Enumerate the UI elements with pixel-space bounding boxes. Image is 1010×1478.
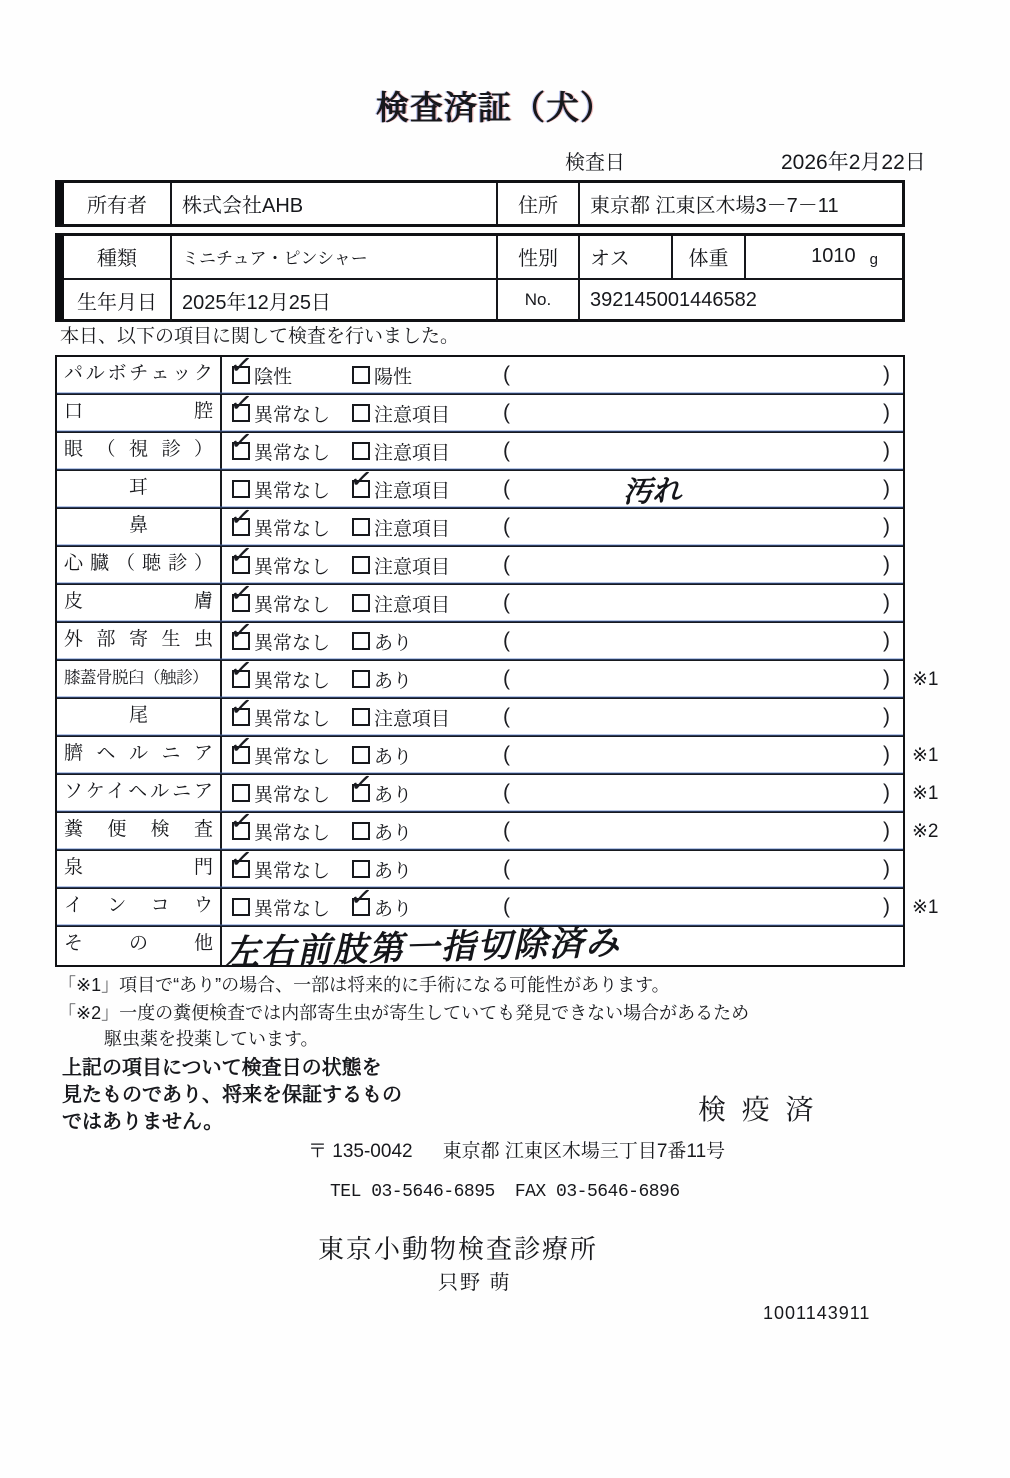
handwritten-value: 汚れ	[501, 464, 802, 515]
paren-open: (	[503, 401, 510, 425]
sex-value: オス	[578, 236, 671, 278]
inspection-row: 膝蓋骨脱臼（触診） ✓ 異常なし ✓ あり ( ) ※1	[57, 661, 903, 699]
birthdate-label: 生年月日	[64, 280, 170, 322]
item-result-cell: ✓ 異常なし ✓ あり ( )	[222, 623, 903, 659]
item-result-cell: ✓ 異常なし ✓ 注意項目 ( )	[222, 395, 903, 431]
footnote-ref: ※1	[912, 744, 939, 767]
option-1-label: 異常なし	[254, 590, 330, 617]
checkbox[interactable]: ✓	[352, 898, 370, 916]
inspection-row: 泉門 ✓ 異常なし ✓ あり ( )	[57, 851, 903, 889]
paren-open: (	[503, 515, 510, 539]
checkbox[interactable]: ✓	[232, 556, 250, 574]
paren-open: (	[503, 819, 510, 843]
option-2: ✓ 陽性	[352, 357, 412, 393]
paren-open: (	[503, 667, 510, 691]
paren-open: (	[503, 591, 510, 615]
inspection-row: その他 ✓ ✓ 左右前肢第一指切除済み	[57, 927, 903, 965]
owner-label: 所有者	[64, 183, 170, 224]
paren-close: )	[883, 515, 890, 539]
checkbox[interactable]: ✓	[352, 594, 370, 612]
option-2-label: あり	[374, 780, 412, 807]
item-label: パルボチェック	[57, 357, 222, 393]
checkbox[interactable]: ✓	[232, 366, 250, 384]
option-1: ✓ 異常なし	[232, 737, 330, 773]
item-label: 皮膚	[57, 585, 222, 621]
check-mark-icon: ✓	[348, 883, 374, 913]
owner-value: 株式会社AHB	[170, 183, 496, 224]
item-result-cell: ✓ 異常なし ✓ 注意項目 ( )	[222, 585, 903, 621]
option-1: ✓ 異常なし	[232, 395, 330, 431]
option-1: ✓ 異常なし	[232, 509, 330, 545]
footnote-1: 「※1」項目で“あり”の場合、一部は将来的に手術になる可能性があります。	[58, 971, 670, 997]
paren-close: )	[883, 895, 890, 919]
address-value: 東京都 江東区木場3－7－11	[578, 183, 902, 224]
inspection-date-value: 2026年2月22日	[781, 146, 926, 176]
option-2: ✓ 注意項目	[352, 547, 450, 583]
option-2-label: 注意項目	[374, 514, 450, 541]
item-label: 心臓（聴診）	[57, 547, 222, 583]
paren-close: )	[883, 667, 890, 691]
option-1: ✓ 異常なし	[232, 813, 330, 849]
clinic-fax: FAX 03-5646-6896	[515, 1182, 680, 1202]
inspection-row: 糞便検査 ✓ 異常なし ✓ あり ( ) ※2	[57, 813, 903, 851]
weight-cell: 1010 g	[744, 236, 902, 278]
checkbox[interactable]: ✓	[232, 442, 250, 460]
option-2: ✓ あり	[352, 661, 412, 697]
option-1-label: 異常なし	[254, 704, 330, 731]
checkbox[interactable]: ✓	[232, 822, 250, 840]
check-mark-icon: ✓	[348, 465, 374, 495]
clinic-tel: TEL 03-5646-6895	[330, 1182, 495, 1202]
paren-open: (	[503, 629, 510, 653]
paren-open: (	[503, 553, 510, 577]
item-result-cell: ✓ 異常なし ✓ 注意項目 ( )	[222, 699, 903, 735]
breed-value: ミニチュア・ピンシャー	[170, 236, 496, 278]
option-2-label: あり	[374, 742, 412, 769]
option-1-label: 異常なし	[254, 438, 330, 465]
item-label: 耳	[57, 471, 222, 507]
option-1: ✓ 異常なし	[232, 585, 330, 621]
item-result-cell: ✓ 異常なし ✓ あり ( )	[222, 661, 903, 697]
item-result-cell: ✓ 異常なし ✓ あり ( )	[222, 775, 903, 811]
checkbox[interactable]: ✓	[352, 480, 370, 498]
item-label: 糞便検査	[57, 813, 222, 849]
footnote-ref: ※1	[912, 782, 939, 805]
id-number-value: 392145001446582	[578, 280, 902, 322]
paren-close: )	[883, 401, 890, 425]
check-mark-icon: ✓	[228, 617, 254, 647]
checkbox[interactable]: ✓	[352, 366, 370, 384]
item-label: 眼（視診）	[57, 433, 222, 469]
inspection-row: 皮膚 ✓ 異常なし ✓ 注意項目 ( )	[57, 585, 903, 623]
item-result-cell: ✓ 異常なし ✓ 注意項目 ( )	[222, 509, 903, 545]
option-1-label: 異常なし	[254, 400, 330, 427]
disclaimer-paragraph: 上記の項目について検査日の状態を 見たものであり、将来を保証するもの ではありま…	[62, 1055, 402, 1136]
checkbox[interactable]: ✓	[352, 860, 370, 878]
handwritten-other: 左右前肢第一指切除済み	[224, 915, 621, 974]
disclaimer-line-3: ではありません。	[62, 1109, 402, 1136]
option-1-label: 異常なし	[254, 552, 330, 579]
check-mark-icon: ✓	[228, 655, 254, 685]
pet-row-2: 生年月日 2025年12月25日 No. 392145001446582	[64, 280, 902, 322]
inspection-row: ソケイヘルニア ✓ 異常なし ✓ あり ( ) ※1	[57, 775, 903, 813]
option-1-label: 異常なし	[254, 514, 330, 541]
checkbox[interactable]: ✓	[352, 404, 370, 422]
checkbox[interactable]: ✓	[232, 594, 250, 612]
item-label: 外部寄生虫	[57, 623, 222, 659]
weight-unit: g	[870, 251, 878, 268]
paren-close: )	[883, 705, 890, 729]
check-mark-icon: ✓	[228, 731, 254, 761]
quarantine-stamp: 検 疫 済	[698, 1088, 818, 1128]
item-label: ソケイヘルニア	[57, 775, 222, 811]
check-mark-icon: ✓	[228, 541, 254, 571]
option-2-label: あり	[374, 856, 412, 883]
checkbox[interactable]: ✓	[352, 746, 370, 764]
option-2: ✓ あり	[352, 775, 412, 811]
postal-code: 〒 135-0042	[308, 1136, 413, 1163]
checkbox[interactable]: ✓	[232, 708, 250, 726]
footnote-2: 「※2」一度の糞便検査では内部寄生虫が寄生していても発見できない場合があるため	[58, 999, 749, 1025]
checkbox[interactable]: ✓	[232, 480, 250, 498]
option-2-label: 注意項目	[374, 552, 450, 579]
veterinarian-name: 只野 萌	[438, 1266, 512, 1295]
item-label: 泉門	[57, 851, 222, 887]
item-result-cell: ✓ 異常なし ✓ 注意項目 ( )	[222, 547, 903, 583]
check-mark-icon: ✓	[228, 503, 254, 533]
item-result-cell: ✓ 異常なし ✓ あり ( )	[222, 737, 903, 773]
checkbox[interactable]: ✓	[232, 746, 250, 764]
address-label: 住所	[496, 183, 578, 224]
check-mark-icon: ✓	[228, 579, 254, 609]
item-result-cell: ✓ 異常なし ✓ あり ( )	[222, 851, 903, 887]
item-label: インコウ	[57, 889, 222, 925]
option-1-label: 異常なし	[254, 856, 330, 883]
option-1-label: 陰性	[254, 362, 292, 389]
option-2: ✓ 注意項目	[352, 433, 450, 469]
option-2-label: あり	[374, 818, 412, 845]
checkbox[interactable]: ✓	[232, 518, 250, 536]
paren-open: (	[503, 781, 510, 805]
checkbox[interactable]: ✓	[352, 670, 370, 688]
inspection-row: 臍ヘルニア ✓ 異常なし ✓ あり ( ) ※1	[57, 737, 903, 775]
inspection-row: 口腔 ✓ 異常なし ✓ 注意項目 ( )	[57, 395, 903, 433]
disclaimer-line-2: 見たものであり、将来を保証するもの	[62, 1082, 402, 1109]
checkbox[interactable]: ✓	[352, 708, 370, 726]
option-2-label: あり	[374, 666, 412, 693]
option-1: ✓ 異常なし	[232, 433, 330, 469]
paren-close: )	[883, 477, 890, 501]
checkbox[interactable]: ✓	[352, 632, 370, 650]
handwritten-value	[502, 350, 802, 360]
inspection-table: パルボチェック ✓ 陰性 ✓ 陽性 ( ) 口腔 ✓	[55, 355, 905, 967]
checkbox[interactable]: ✓	[232, 898, 250, 916]
paren-close: )	[883, 591, 890, 615]
weight-label: 体重	[671, 236, 744, 278]
paren-open: (	[503, 705, 510, 729]
item-label: 鼻	[57, 509, 222, 545]
inspection-row: 心臓（聴診） ✓ 異常なし ✓ 注意項目 ( )	[57, 547, 903, 585]
breed-label: 種類	[64, 236, 170, 278]
paren-open: (	[503, 363, 510, 387]
checkbox[interactable]: ✓	[232, 860, 250, 878]
option-1: ✓ 異常なし	[232, 889, 330, 925]
paren-close: )	[883, 439, 890, 463]
clinic-name: 東京小動物検査診療所	[318, 1229, 598, 1266]
check-mark-icon: ✓	[348, 769, 374, 799]
footnote-ref: ※1	[912, 896, 939, 919]
option-2-label: あり	[374, 628, 412, 655]
option-1-label: 異常なし	[254, 742, 330, 769]
footnote-ref: ※2	[912, 820, 939, 843]
footnote-ref: ※1	[912, 668, 939, 691]
option-2-label: 陽性	[374, 362, 412, 389]
check-mark-icon: ✓	[228, 845, 254, 875]
option-1-label: 異常なし	[254, 628, 330, 655]
sex-label: 性別	[496, 236, 578, 278]
inspection-row: 尾 ✓ 異常なし ✓ 注意項目 ( )	[57, 699, 903, 737]
option-2-label: 注意項目	[374, 438, 450, 465]
paren-close: )	[883, 857, 890, 881]
check-mark-icon: ✓	[228, 389, 254, 419]
checkbox[interactable]: ✓	[352, 556, 370, 574]
checkbox[interactable]: ✓	[232, 670, 250, 688]
certificate-page: 検査済証（犬） 検査日 2026年2月22日 所有者 株式会社AHB 住所 東京…	[0, 0, 1010, 1478]
inspection-row: 耳 ✓ 異常なし ✓ 注意項目 ( 汚れ )	[57, 471, 903, 509]
paren-close: )	[883, 363, 890, 387]
clinic-postal-line: 〒 135-0042 東京都 江東区木場三丁目7番11号	[308, 1136, 725, 1163]
inspection-row: パルボチェック ✓ 陰性 ✓ 陽性 ( )	[57, 357, 903, 395]
option-1: ✓ 異常なし	[232, 471, 330, 507]
option-2: ✓ 注意項目	[352, 395, 450, 431]
option-1-label: 異常なし	[254, 780, 330, 807]
checkbox[interactable]: ✓	[232, 632, 250, 650]
owner-table: 所有者 株式会社AHB 住所 東京都 江東区木場3－7－11	[55, 180, 905, 227]
option-2: ✓ 注意項目	[352, 471, 450, 507]
birthdate-value: 2025年12月25日	[170, 280, 496, 322]
checkbox[interactable]: ✓	[352, 442, 370, 460]
option-2: ✓ 注意項目	[352, 509, 450, 545]
check-mark-icon: ✓	[228, 427, 254, 457]
option-2-label: 注意項目	[374, 476, 450, 503]
option-1-label: 異常なし	[254, 818, 330, 845]
option-2-label: 注意項目	[374, 400, 450, 427]
option-1: ✓ 異常なし	[232, 661, 330, 697]
option-2-label: 注意項目	[374, 590, 450, 617]
item-label: 口腔	[57, 395, 222, 431]
option-2: ✓ あり	[352, 623, 412, 659]
weight-value: 1010	[811, 245, 856, 268]
inspection-date-label: 検査日	[565, 146, 625, 175]
item-result-cell: ✓ 異常なし ✓ あり ( )	[222, 813, 903, 849]
option-2: ✓ あり	[352, 813, 412, 849]
item-result-cell: ✓ 異常なし ✓ 注意項目 ( 汚れ )	[222, 471, 903, 507]
paren-close: )	[883, 743, 890, 767]
pet-row-1: 種類 ミニチュア・ピンシャー 性別 オス 体重 1010 g	[64, 236, 902, 280]
checkbox[interactable]: ✓	[352, 784, 370, 802]
item-result-cell: ✓ 陰性 ✓ 陽性 ( )	[222, 357, 903, 393]
option-2: ✓ 注意項目	[352, 699, 450, 735]
item-label: その他	[57, 927, 222, 965]
paren-open: (	[503, 857, 510, 881]
option-1: ✓ 異常なし	[232, 547, 330, 583]
check-mark-icon: ✓	[228, 807, 254, 837]
option-1: ✓ 異常なし	[232, 623, 330, 659]
footnote-2-continued: 駆虫薬を投薬しています。	[104, 1025, 319, 1051]
document-serial-number: 1001143911	[763, 1303, 870, 1324]
inspection-table-body: パルボチェック ✓ 陰性 ✓ 陽性 ( ) 口腔 ✓	[57, 357, 903, 965]
clinic-contact-line: TEL 03-5646-6895 FAX 03-5646-6896	[330, 1182, 680, 1202]
paren-close: )	[883, 629, 890, 653]
item-label: 膝蓋骨脱臼（触診）	[57, 661, 222, 697]
option-2-label: あり	[374, 894, 412, 921]
paren-open: (	[503, 895, 510, 919]
option-1: ✓ 異常なし	[232, 851, 330, 887]
item-label: 臍ヘルニア	[57, 737, 222, 773]
checkbox[interactable]: ✓	[352, 518, 370, 536]
check-mark-icon: ✓	[228, 351, 254, 381]
option-1: ✓ 異常なし	[232, 699, 330, 735]
checkbox[interactable]: ✓	[232, 784, 250, 802]
checkbox[interactable]: ✓	[352, 822, 370, 840]
option-2-label: 注意項目	[374, 704, 450, 731]
paren-close: )	[883, 781, 890, 805]
page-title: 検査済証（犬）	[0, 82, 990, 129]
inspection-row: 外部寄生虫 ✓ 異常なし ✓ あり ( )	[57, 623, 903, 661]
option-1-label: 異常なし	[254, 476, 330, 503]
paren-open: (	[503, 743, 510, 767]
check-mark-icon: ✓	[228, 693, 254, 723]
disclaimer-line-1: 上記の項目について検査日の状態を	[62, 1055, 402, 1082]
option-1: ✓ 異常なし	[232, 775, 330, 811]
inspection-row: 鼻 ✓ 異常なし ✓ 注意項目 ( )	[57, 509, 903, 547]
paren-open: (	[503, 439, 510, 463]
checkbox[interactable]: ✓	[232, 404, 250, 422]
paren-close: )	[883, 819, 890, 843]
option-1-label: 異常なし	[254, 894, 330, 921]
item-result-cell: ✓ ✓ 左右前肢第一指切除済み	[222, 927, 903, 965]
id-number-label: No.	[496, 280, 578, 322]
option-1-label: 異常なし	[254, 666, 330, 693]
option-2: ✓ 注意項目	[352, 585, 450, 621]
paren-close: )	[883, 553, 890, 577]
statement-text: 本日、以下の項目に関して検査を行いました。	[60, 321, 459, 348]
pet-table: 種類 ミニチュア・ピンシャー 性別 オス 体重 1010 g 生年月日 2025…	[55, 233, 905, 322]
clinic-address: 東京都 江東区木場三丁目7番11号	[443, 1136, 726, 1163]
item-label: 尾	[57, 699, 222, 735]
